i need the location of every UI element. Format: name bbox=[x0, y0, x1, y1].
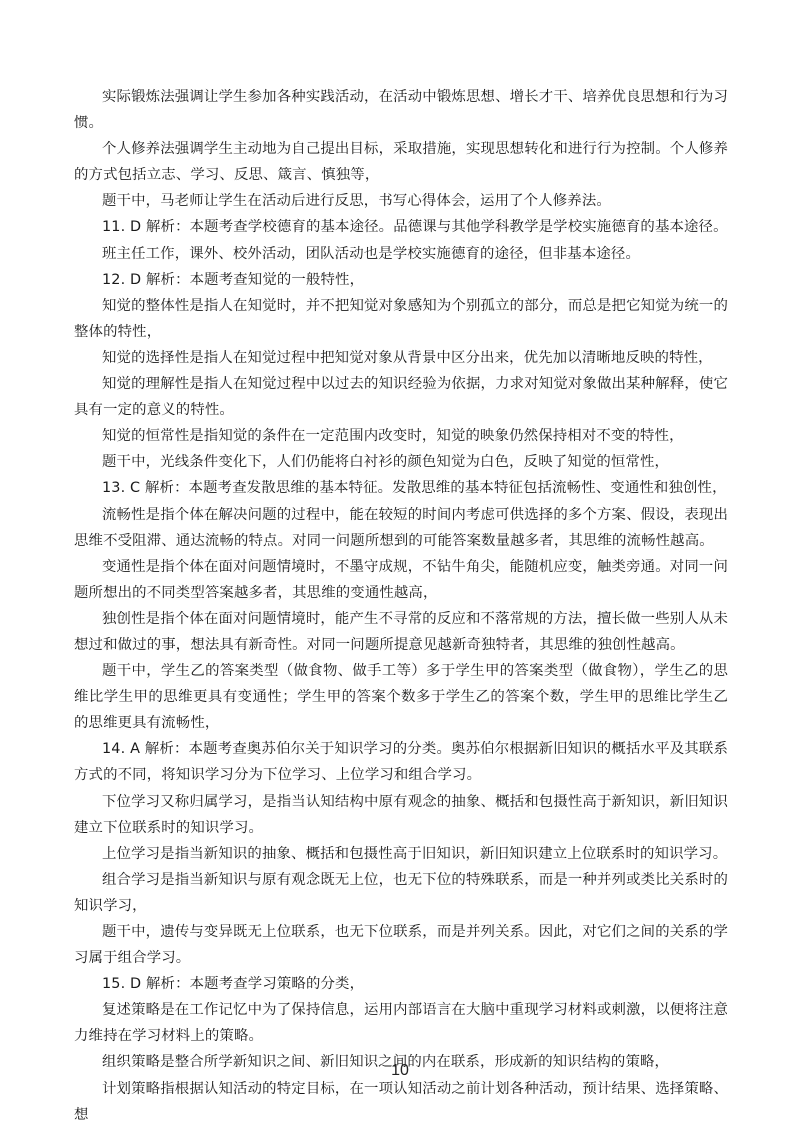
paragraph: 题干中，学生乙的答案类型（做食物、做手工等）多于学生甲的答案类型（做食物），学生… bbox=[74, 658, 728, 736]
paragraph: 班主任工作，课外、校外活动，团队活动也是学校实施德育的途径，但非基本途径。 bbox=[74, 241, 728, 267]
answer-13-paragraph: 13. C 解析：本题考查发散思维的基本特征。发散思维的基本特征包括流畅性、变通… bbox=[74, 475, 728, 501]
paragraph: 流畅性是指个体在解决问题的过程中，能在较短的时间内考虑可供选择的多个方案、假设，… bbox=[74, 502, 728, 554]
answer-15-paragraph: 15. D 解析：本题考查学习策略的分类， bbox=[74, 971, 728, 997]
paragraph: 下位学习又称归属学习，是指当认知结构中原有观念的抽象、概括和包摄性高于新知识，新… bbox=[74, 789, 728, 841]
answer-11-paragraph: 11. D 解析：本题考查学校德育的基本途径。品德课与其他学科教学是学校实施德育… bbox=[74, 214, 728, 240]
paragraph: 知觉的理解性是指人在知觉过程中以过去的知识经验为依据，力求对知觉对象做出某种解释… bbox=[74, 371, 728, 423]
document-body: 实际锻炼法强调让学生参加各种实践活动，在活动中锻炼思想、增长才干、培养优良思想和… bbox=[74, 84, 728, 1128]
paragraph: 题干中，光线条件变化下，人们仍能将白衬衫的颜色知觉为白色，反映了知觉的恒常性， bbox=[74, 449, 728, 475]
paragraph: 变通性是指个体在面对问题情境时，不墨守成规，不钻牛角尖，能随机应变，触类旁通。对… bbox=[74, 554, 728, 606]
paragraph: 上位学习是指当新知识的抽象、概括和包摄性高于旧知识，新旧知识建立上位联系时的知识… bbox=[74, 841, 728, 867]
answer-14-paragraph: 14. A 解析：本题考查奥苏伯尔关于知识学习的分类。奥苏伯尔根据新旧知识的概括… bbox=[74, 736, 728, 788]
paragraph: 复述策略是在工作记忆中为了保持信息，运用内部语言在大脑中重现学习材料或刺激，以便… bbox=[74, 997, 728, 1049]
page-number: 10 bbox=[0, 1062, 800, 1080]
paragraph: 个人修养法强调学生主动地为自己提出目标，采取措施，实现思想转化和进行行为控制。个… bbox=[74, 136, 728, 188]
paragraph: 计划策略指根据认知活动的特定目标，在一项认知活动之前计划各种活动，预计结果、选择… bbox=[74, 1076, 728, 1128]
paragraph: 知觉的选择性是指人在知觉过程中把知觉对象从背景中区分出来，优先加以清晰地反映的特… bbox=[74, 345, 728, 371]
answer-12-paragraph: 12. D 解析：本题考查知觉的一般特性， bbox=[74, 267, 728, 293]
paragraph: 实际锻炼法强调让学生参加各种实践活动，在活动中锻炼思想、增长才干、培养优良思想和… bbox=[74, 84, 728, 136]
paragraph: 独创性是指个体在面对问题情境时，能产生不寻常的反应和不落常规的方法，擅长做一些别… bbox=[74, 606, 728, 658]
paragraph: 组合学习是指当新知识与原有观念既无上位，也无下位的特殊联系，而是一种并列或类比关… bbox=[74, 867, 728, 919]
paragraph: 知觉的恒常性是指知觉的条件在一定范围内改变时，知觉的映象仍然保持相对不变的特性， bbox=[74, 423, 728, 449]
paragraph: 题干中，马老师让学生在活动后进行反思，书写心得体会，运用了个人修养法。 bbox=[74, 188, 728, 214]
paragraph: 题干中，遗传与变异既无上位联系，也无下位联系，而是并列关系。因此，对它们之间的关… bbox=[74, 919, 728, 971]
paragraph: 知觉的整体性是指人在知觉时，并不把知觉对象感知为个别孤立的部分，而总是把它知觉为… bbox=[74, 293, 728, 345]
